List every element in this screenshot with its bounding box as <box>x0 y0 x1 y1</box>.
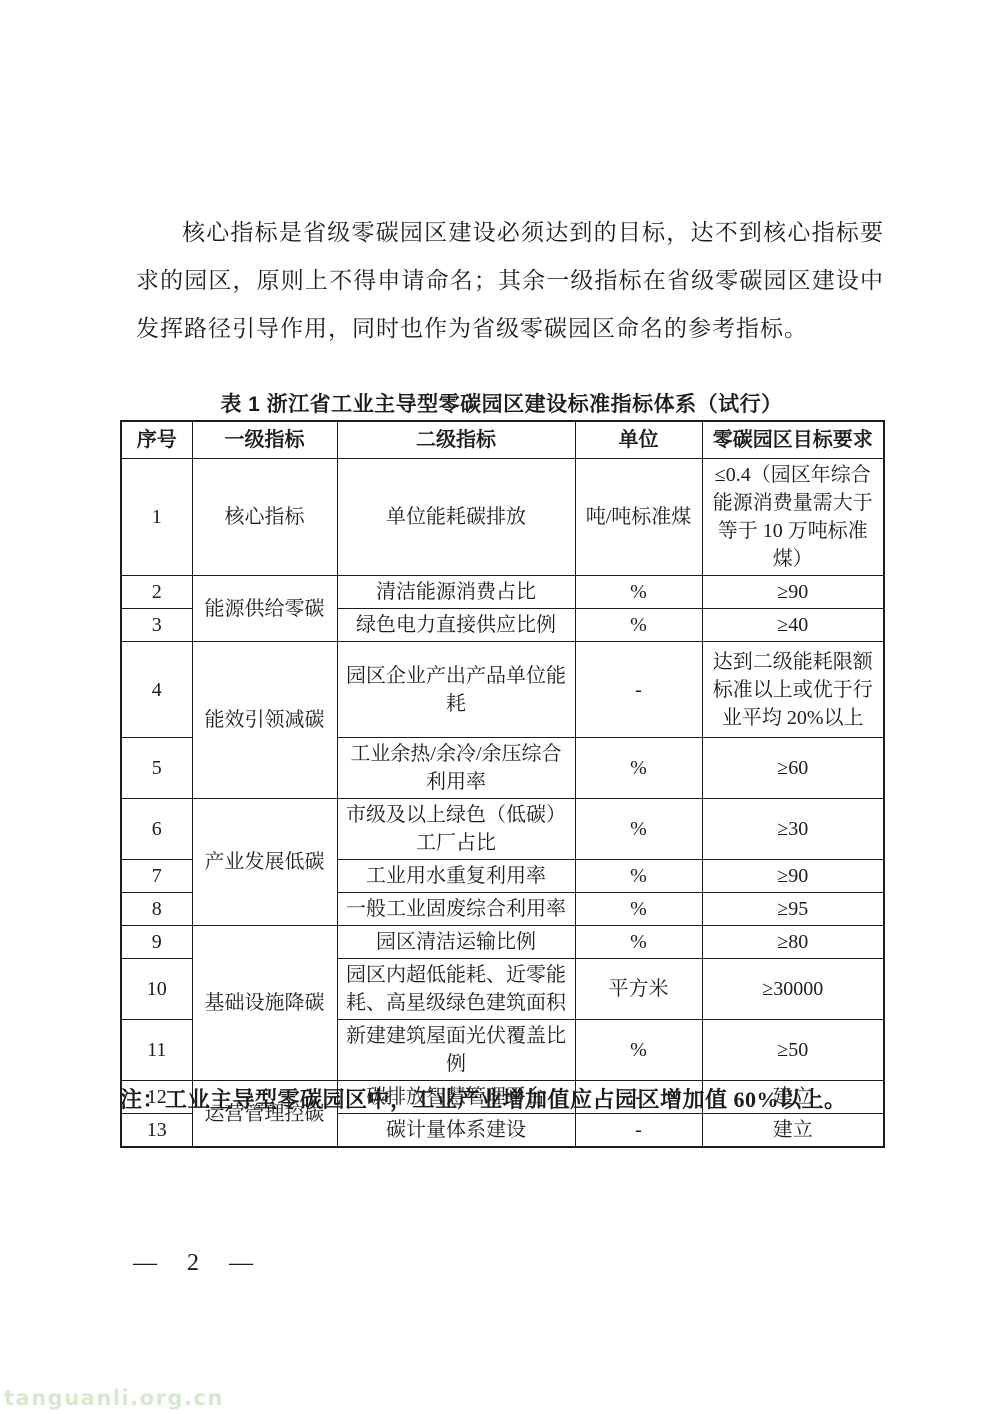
table-row: 6产业发展低碳市级及以上绿色（低碳）工厂占比%≥30 <box>121 799 884 860</box>
cell-no: 3 <box>121 609 192 642</box>
cell-indicator: 市级及以上绿色（低碳）工厂占比 <box>337 799 575 860</box>
cell-unit: 吨/吨标准煤 <box>575 459 702 576</box>
cell-target: ≥50 <box>702 1020 884 1081</box>
table-row: 1核心指标单位能耗碳排放吨/吨标准煤≤0.4（园区年综合能源消费量需大于等于 1… <box>121 459 884 576</box>
cell-indicator: 一般工业固废综合利用率 <box>337 893 575 926</box>
header-cell-target: 零碳园区目标要求 <box>702 421 884 459</box>
header-cell-indicator: 二级指标 <box>337 421 575 459</box>
table-body: 1核心指标单位能耗碳排放吨/吨标准煤≤0.4（园区年综合能源消费量需大于等于 1… <box>121 459 884 1148</box>
cell-category: 能源供给零碳 <box>192 576 337 642</box>
cell-target: ≥30000 <box>702 959 884 1020</box>
cell-indicator: 新建建筑屋面光伏覆盖比例 <box>337 1020 575 1081</box>
cell-indicator: 单位能耗碳排放 <box>337 459 575 576</box>
table-title: 表 1 浙江省工业主导型零碳园区建设标准指标体系（试行） <box>120 388 883 418</box>
cell-category: 产业发展低碳 <box>192 799 337 926</box>
cell-indicator: 园区内超低能耗、近零能耗、高星级绿色建筑面积 <box>337 959 575 1020</box>
header-cell-category: 一级指标 <box>192 421 337 459</box>
cell-target: ≥95 <box>702 893 884 926</box>
cell-indicator: 绿色电力直接供应比例 <box>337 609 575 642</box>
watermark: tanguanli.org.cn <box>4 1386 224 1410</box>
cell-unit: % <box>575 609 702 642</box>
cell-unit: % <box>575 1020 702 1081</box>
cell-target: ≥40 <box>702 609 884 642</box>
cell-target: ≥30 <box>702 799 884 860</box>
cell-no: 2 <box>121 576 192 609</box>
cell-indicator: 工业余热/余冷/余压综合利用率 <box>337 738 575 799</box>
cell-category: 核心指标 <box>192 459 337 576</box>
cell-unit: % <box>575 576 702 609</box>
cell-indicator: 清洁能源消费占比 <box>337 576 575 609</box>
cell-no: 6 <box>121 799 192 860</box>
cell-unit: - <box>575 642 702 738</box>
cell-target: ≥80 <box>702 926 884 959</box>
cell-no: 1 <box>121 459 192 576</box>
cell-unit: - <box>575 1114 702 1148</box>
cell-no: 13 <box>121 1114 192 1148</box>
cell-category: 能效引领减碳 <box>192 642 337 799</box>
cell-unit: % <box>575 738 702 799</box>
cell-unit: % <box>575 860 702 893</box>
cell-target: ≥60 <box>702 738 884 799</box>
indicator-table: 序号 一级指标 二级指标 单位 零碳园区目标要求 1核心指标单位能耗碳排放吨/吨… <box>120 420 885 1148</box>
cell-target: ≥90 <box>702 576 884 609</box>
cell-indicator: 园区清洁运输比例 <box>337 926 575 959</box>
cell-target: ≥90 <box>702 860 884 893</box>
cell-target: 建立 <box>702 1114 884 1148</box>
table-row: 2能源供给零碳清洁能源消费占比%≥90 <box>121 576 884 609</box>
cell-unit: 平方米 <box>575 959 702 1020</box>
cell-unit: % <box>575 893 702 926</box>
table-note: 注：工业主导型零碳园区中，工业产业增加值应占园区增加值 60%以上。 <box>120 1084 886 1116</box>
cell-no: 7 <box>121 860 192 893</box>
header-cell-no: 序号 <box>121 421 192 459</box>
cell-no: 8 <box>121 893 192 926</box>
header-cell-unit: 单位 <box>575 421 702 459</box>
cell-no: 11 <box>121 1020 192 1081</box>
table-row: 9基础设施降碳园区清洁运输比例%≥80 <box>121 926 884 959</box>
cell-no: 9 <box>121 926 192 959</box>
table-header-row: 序号 一级指标 二级指标 单位 零碳园区目标要求 <box>121 421 884 459</box>
table-row: 4能效引领减碳园区企业产出产品单位能耗-达到二级能耗限额标准以上或优于行业平均 … <box>121 642 884 738</box>
cell-target: 达到二级能耗限额标准以上或优于行业平均 20%以上 <box>702 642 884 738</box>
cell-no: 10 <box>121 959 192 1020</box>
cell-unit: % <box>575 799 702 860</box>
cell-indicator: 碳计量体系建设 <box>337 1114 575 1148</box>
body-paragraph: 核心指标是省级零碳园区建设必须达到的目标，达不到核心指标要求的园区，原则上不得申… <box>136 209 884 353</box>
cell-indicator: 园区企业产出产品单位能耗 <box>337 642 575 738</box>
cell-target: ≤0.4（园区年综合能源消费量需大于等于 10 万吨标准煤） <box>702 459 884 576</box>
document-page: 核心指标是省级零碳园区建设必须达到的目标，达不到核心指标要求的园区，原则上不得申… <box>0 0 1000 1414</box>
cell-no: 5 <box>121 738 192 799</box>
cell-indicator: 工业用水重复利用率 <box>337 860 575 893</box>
cell-category: 基础设施降碳 <box>192 926 337 1081</box>
cell-no: 4 <box>121 642 192 738</box>
page-number: — 2 — <box>133 1250 255 1277</box>
cell-unit: % <box>575 926 702 959</box>
